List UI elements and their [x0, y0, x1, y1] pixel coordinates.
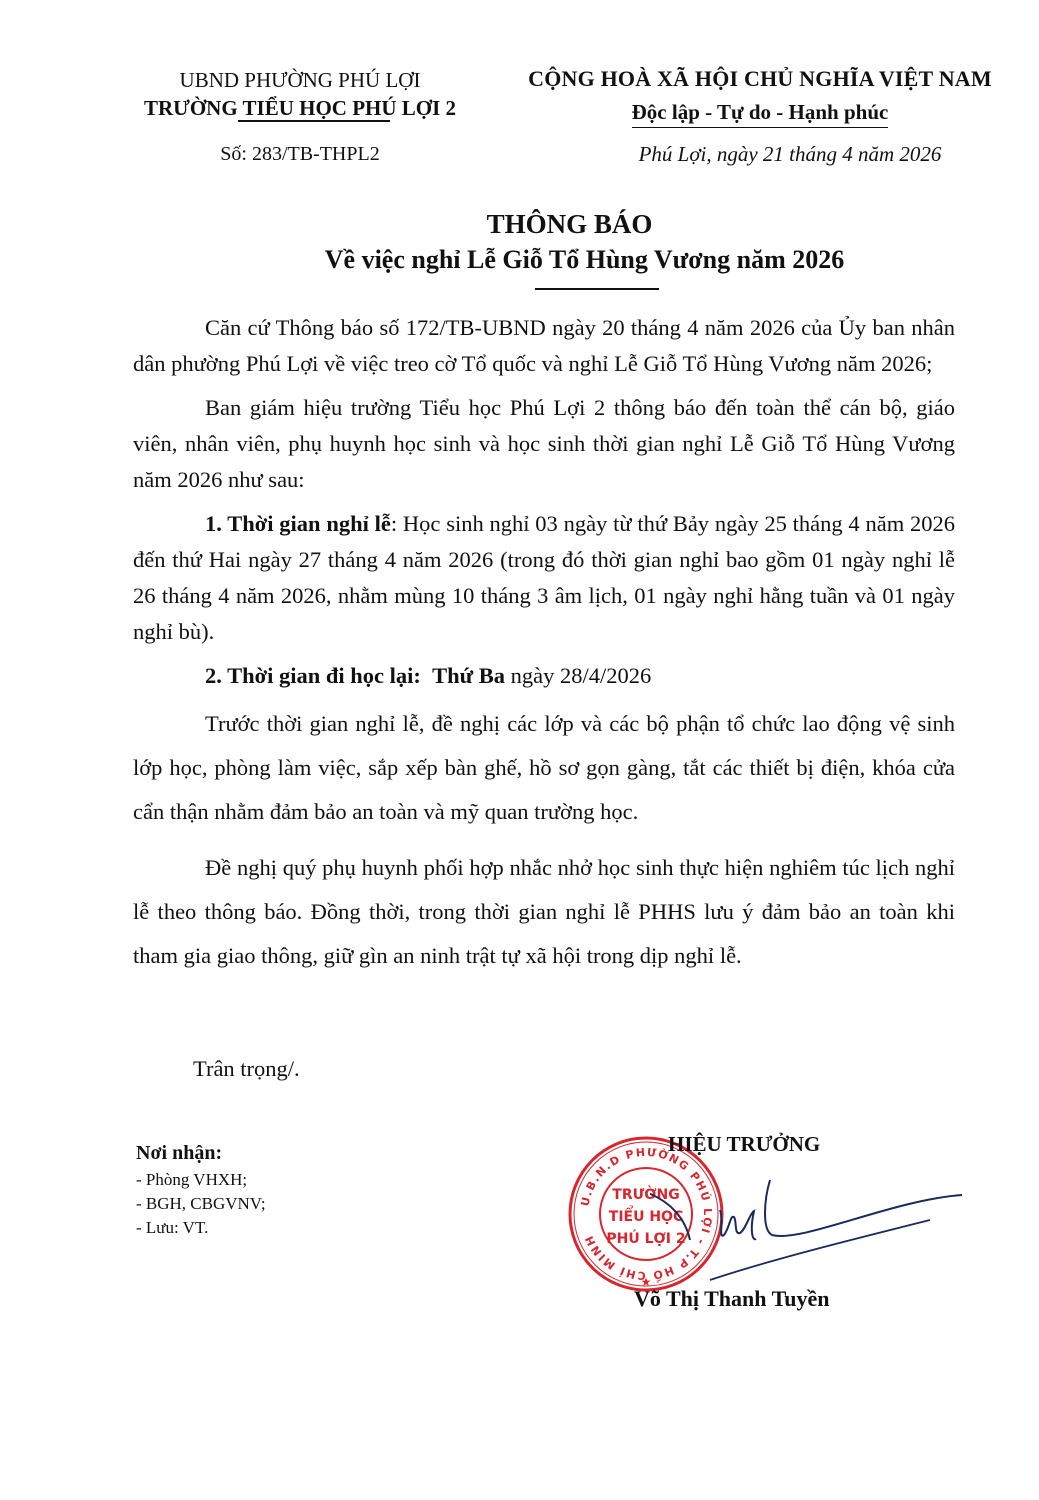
paragraph-announcement: Ban giám hiệu trường Tiểu học Phú Lợi 2 … — [133, 390, 955, 498]
issuing-authority-block: UBND PHƯỜNG PHÚ LỢI TRƯỜNG TIỂU HỌC PHÚ … — [110, 66, 490, 168]
recipient-item: - Lưu: VT. — [136, 1216, 266, 1240]
document-type: THÔNG BÁO — [0, 206, 1039, 242]
recipients-block: Nơi nhận: - Phòng VHXH; - BGH, CBGVNV; -… — [136, 1138, 266, 1240]
item-holiday-period: 1. Thời gian nghỉ lễ: Học sinh nghỉ 03 n… — [133, 506, 955, 650]
document-body: Căn cứ Thông báo số 172/TB-UBND ngày 20 … — [133, 310, 955, 978]
recipient-item: - BGH, CBGVNV; — [136, 1192, 266, 1216]
agency-name: UBND PHƯỜNG PHÚ LỢI — [110, 66, 490, 94]
document-title: THÔNG BÁO Về việc nghỉ Lễ Giỗ Tổ Hùng Vư… — [0, 206, 1039, 290]
closing-remark: Trân trọng/. — [193, 1056, 300, 1082]
title-divider — [535, 288, 659, 290]
recipients-heading: Nơi nhận: — [136, 1138, 266, 1168]
national-header-block: CỘNG HOÀ XÃ HỘI CHỦ NGHĨA VIỆT NAM Độc l… — [505, 64, 1015, 168]
document-number: Số: 283/TB-THPL2 — [110, 140, 490, 168]
paragraph-parents: Đề nghị quý phụ huynh phối hợp nhắc nhở … — [133, 846, 955, 978]
item-holiday-label: 1. Thời gian nghỉ lễ — [205, 511, 391, 536]
school-underline — [238, 120, 390, 122]
national-motto: Độc lập - Tự do - Hạnh phúc — [632, 98, 889, 128]
item-return-date: 2. Thời gian đi học lại: Thứ Ba ngày 28/… — [133, 658, 955, 694]
item-return-date-text: ngày 28/4/2026 — [505, 663, 651, 688]
place-date: Phú Lợi, ngày 21 tháng 4 năm 2026 — [505, 140, 1015, 168]
document-subject: Về việc nghỉ Lễ Giỗ Tổ Hùng Vương năm 20… — [0, 242, 1039, 278]
paragraph-basis: Căn cứ Thông báo số 172/TB-UBND ngày 20 … — [133, 310, 955, 382]
nation-title: CỘNG HOÀ XÃ HỘI CHỦ NGHĨA VIỆT NAM — [505, 64, 1015, 94]
item-return-label: 2. Thời gian đi học lại: — [205, 663, 421, 688]
school-name: TRƯỜNG TIỂU HỌC PHÚ LỢI 2 — [110, 94, 490, 122]
item-return-day: Thứ Ba — [432, 663, 505, 688]
handwritten-signature — [650, 1150, 970, 1300]
recipient-item: - Phòng VHXH; — [136, 1168, 266, 1192]
paragraph-preparation: Trước thời gian nghỉ lễ, đề nghị các lớp… — [133, 702, 955, 834]
